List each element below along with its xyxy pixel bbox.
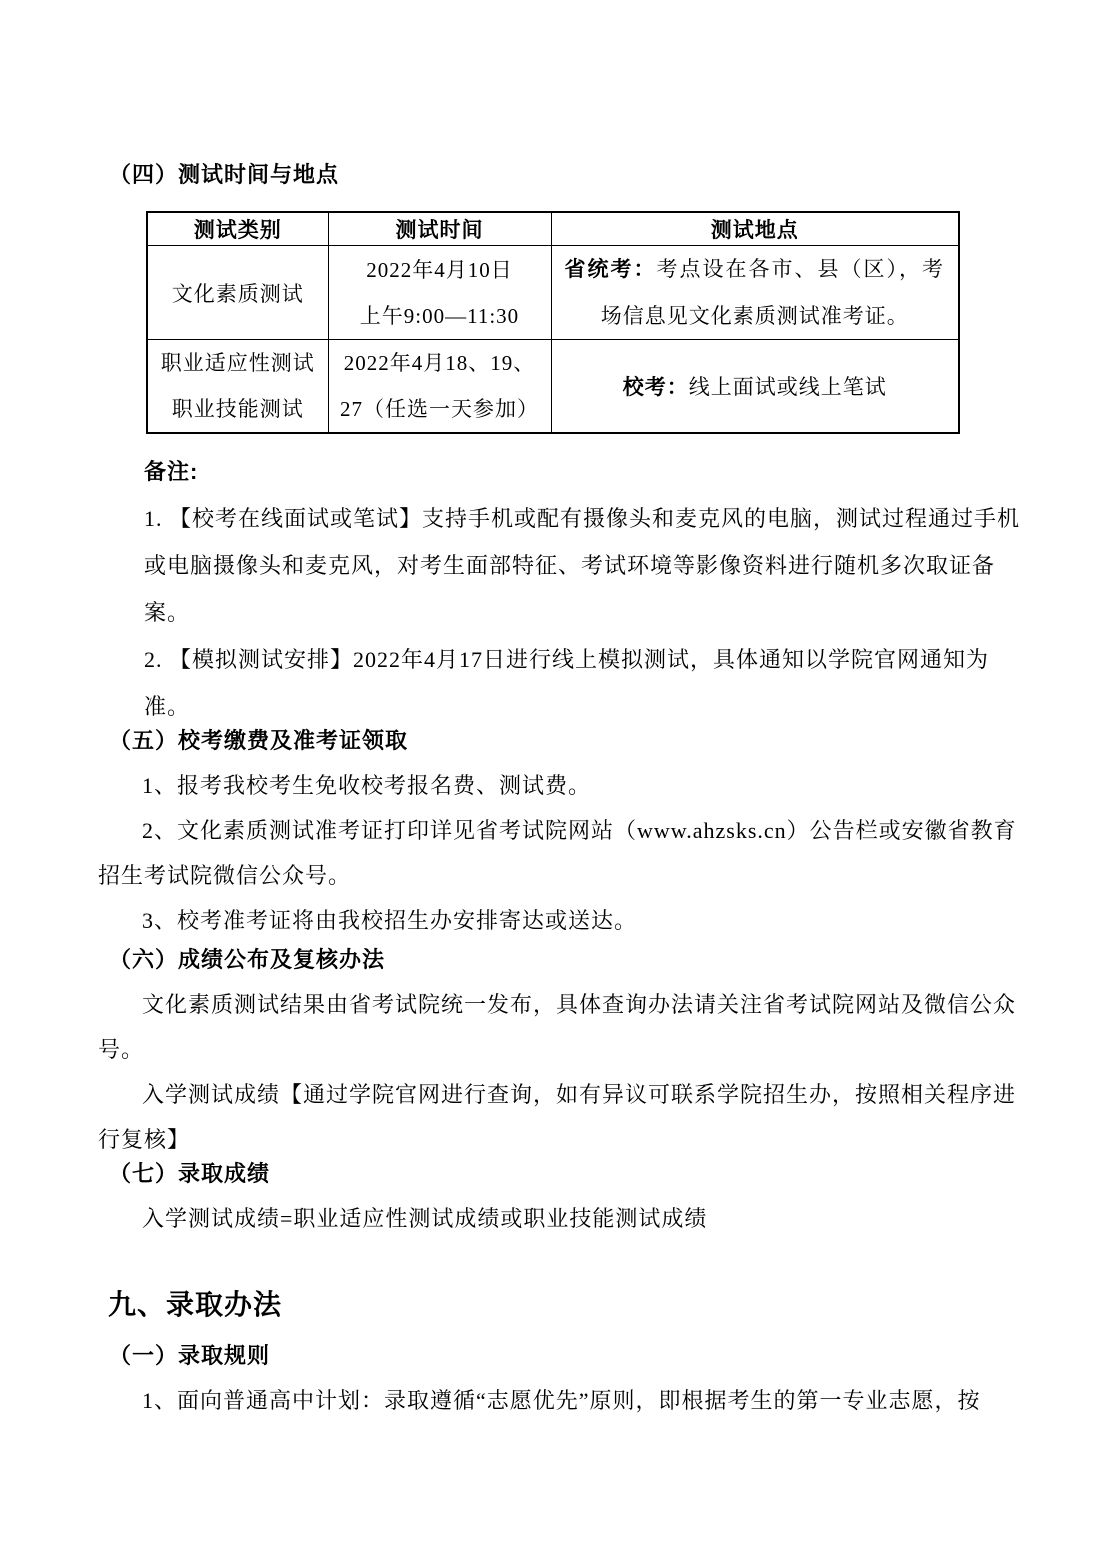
note1-line3: 案。: [144, 589, 1010, 636]
cell-location-2: 校考：线上面试或线上笔试: [551, 340, 959, 434]
note2-line1: 2. 【模拟测试安排】2022年4月17日进行线上模拟测试，具体通知以学院官网通…: [144, 636, 1010, 683]
category-line2: 职业技能测试: [148, 386, 328, 432]
chapter9-section1-heading: （一）录取规则: [109, 1333, 1010, 1378]
notes-block: 备注: 1. 【校考在线面试或笔试】支持手机或配有摄像头和麦克风的电脑，测试过程…: [144, 448, 1010, 730]
category-text: 文化素质测试: [172, 282, 304, 306]
header-test-category: 测试类别: [147, 212, 328, 246]
chapter9-section1-para: 1、面向普通高中计划：录取遵循“志愿优先”原则，即根据考生的第一专业志愿，按: [142, 1378, 1010, 1423]
note1-line2: 或电脑摄像头和麦克风，对考生面部特征、考试环境等影像资料进行随机多次取证备: [144, 542, 1010, 589]
test-schedule-table: 测试类别 测试时间 测试地点 文化素质测试 2022年4月10日 上午9:00—…: [146, 211, 960, 434]
section5-item2-line1: 2、文化素质测试准考证打印详见省考试院网站（www.ahzsks.cn）公告栏或…: [142, 808, 1010, 853]
table-row: 职业适应性测试 职业技能测试 2022年4月18、19、 27（任选一天参加） …: [147, 340, 959, 434]
location-label: 省统考：: [565, 258, 657, 281]
section4-heading: （四）测试时间与地点: [109, 152, 1010, 197]
location-text1: 考点设在各市、县（区），考: [657, 257, 946, 281]
section6-heading: （六）成绩公布及复核办法: [109, 937, 1010, 982]
time-line1: 2022年4月10日: [329, 247, 551, 293]
header-test-time: 测试时间: [328, 212, 551, 246]
document-page: （四）测试时间与地点 测试类别 测试时间 测试地点 文化素质测试 2022年4月…: [0, 0, 1103, 1559]
table-header-row: 测试类别 测试时间 测试地点: [147, 212, 959, 246]
location-line2: 场信息见文化素质测试准考证。: [552, 293, 959, 339]
location-label: 校考：: [623, 376, 689, 399]
time-line2: 27（任选一天参加）: [329, 386, 551, 432]
notes-label: 备注:: [144, 448, 1010, 495]
location-line1: 省统考：考点设在各市、县（区），考: [552, 246, 959, 293]
section6-para1-line2: 号。: [98, 1027, 1010, 1072]
note1-line1: 1. 【校考在线面试或笔试】支持手机或配有摄像头和麦克风的电脑，测试过程通过手机: [144, 495, 1010, 542]
table-row: 文化素质测试 2022年4月10日 上午9:00—11:30 省统考：考点设在各…: [147, 246, 959, 340]
cell-category-2: 职业适应性测试 职业技能测试: [147, 340, 328, 434]
section6-para1-line1: 文化素质测试结果由省考试院统一发布，具体查询办法请关注省考试院网站及微信公众: [142, 982, 1010, 1027]
location-text: 线上面试或线上笔试: [689, 375, 887, 399]
cell-time-2: 2022年4月18、19、 27（任选一天参加）: [328, 340, 551, 434]
section5-item2-line2: 招生考试院微信公众号。: [98, 853, 1010, 898]
header-test-location: 测试地点: [551, 212, 959, 246]
section7-para: 入学测试成绩=职业适应性测试成绩或职业技能测试成绩: [142, 1196, 1010, 1241]
chapter9-heading: 九、录取办法: [108, 1281, 1010, 1328]
category-line1: 职业适应性测试: [148, 340, 328, 386]
cell-category-1: 文化素质测试: [147, 246, 328, 340]
section5-item1: 1、报考我校考生免收校考报名费、测试费。: [142, 763, 1010, 808]
section6-para2-line1: 入学测试成绩【通过学院官网进行查询，如有异议可联系学院招生办，按照相关程序进: [142, 1072, 1010, 1117]
section5-heading: （五）校考缴费及准考证领取: [109, 718, 1010, 763]
section7-heading: （七）录取成绩: [109, 1151, 1010, 1196]
time-line1: 2022年4月18、19、: [329, 340, 551, 386]
cell-time-1: 2022年4月10日 上午9:00—11:30: [328, 246, 551, 340]
cell-location-1: 省统考：考点设在各市、县（区），考 场信息见文化素质测试准考证。: [551, 246, 959, 340]
time-line2: 上午9:00—11:30: [329, 293, 551, 339]
